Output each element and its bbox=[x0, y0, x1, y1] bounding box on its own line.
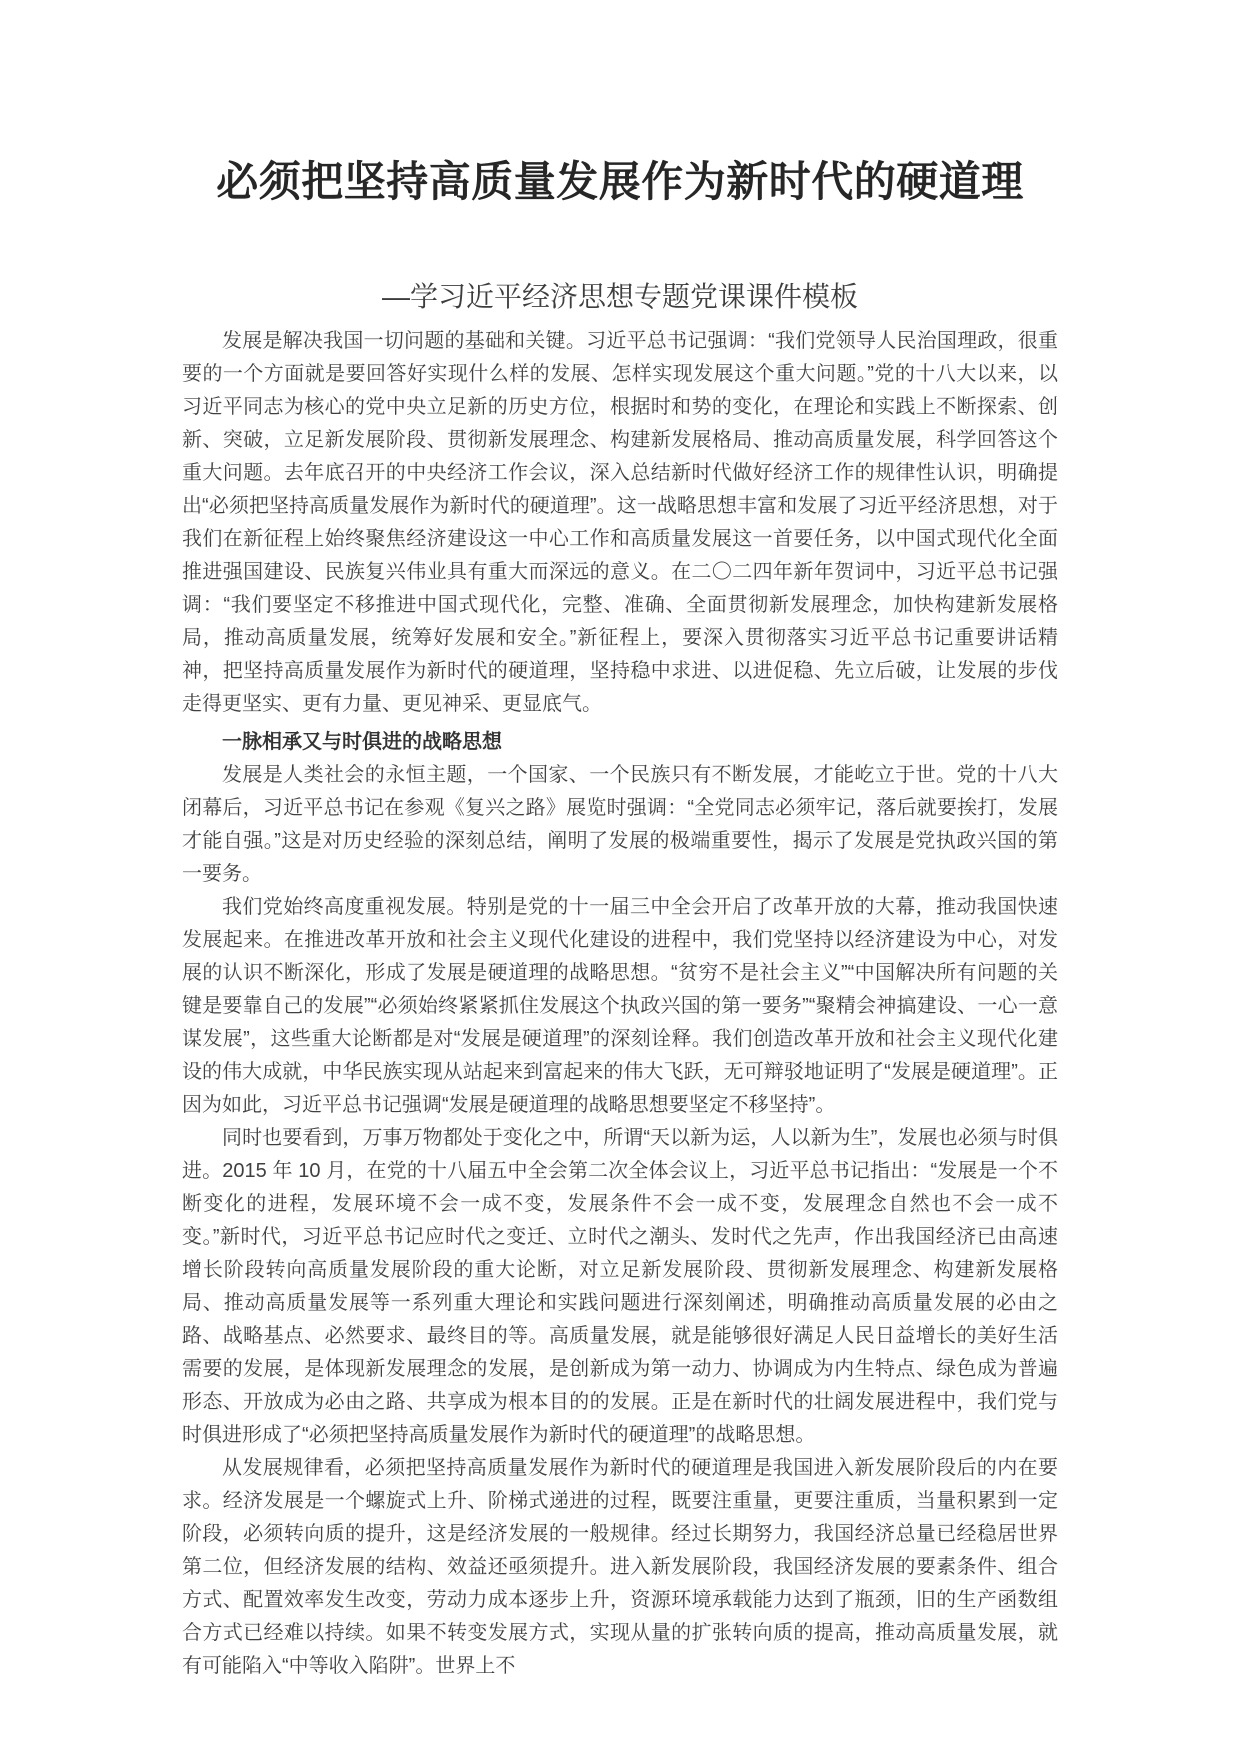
paragraph-eternal-theme: 发展是人类社会的永恒主题，一个国家、一个民族只有不断发展，才能屹立于世。党的十八… bbox=[182, 759, 1058, 891]
document-body: 发展是解决我国一切问题的基础和关键。习近平总书记强调：“我们党领导人民治国理政，… bbox=[182, 325, 1058, 1683]
section-heading-strategic-thought: 一脉相承又与时俱进的战略思想 bbox=[182, 726, 1058, 759]
paragraph-development-changes: 同时也要看到，万事万物都处于变化之中，所谓“天以新为运，人以新为生”，发展也必须… bbox=[182, 1122, 1058, 1452]
document-page: 必须把坚持高质量发展作为新时代的硬道理 —学习近平经济思想专题党课课件模板 发展… bbox=[0, 0, 1240, 1754]
paragraph-party-values-development: 我们党始终高度重视发展。特别是党的十一届三中全会开启了改革开放的大幕，推动我国快… bbox=[182, 891, 1058, 1122]
paragraph-development-law: 从发展规律看，必须把坚持高质量发展作为新时代的硬道理是我国进入新发展阶段后的内在… bbox=[182, 1452, 1058, 1683]
paragraph-intro: 发展是解决我国一切问题的基础和关键。习近平总书记强调：“我们党领导人民治国理政，… bbox=[182, 325, 1058, 721]
page-title: 必须把坚持高质量发展作为新时代的硬道理 bbox=[182, 156, 1058, 209]
page-subtitle: —学习近平经济思想专题党课课件模板 bbox=[182, 279, 1058, 315]
